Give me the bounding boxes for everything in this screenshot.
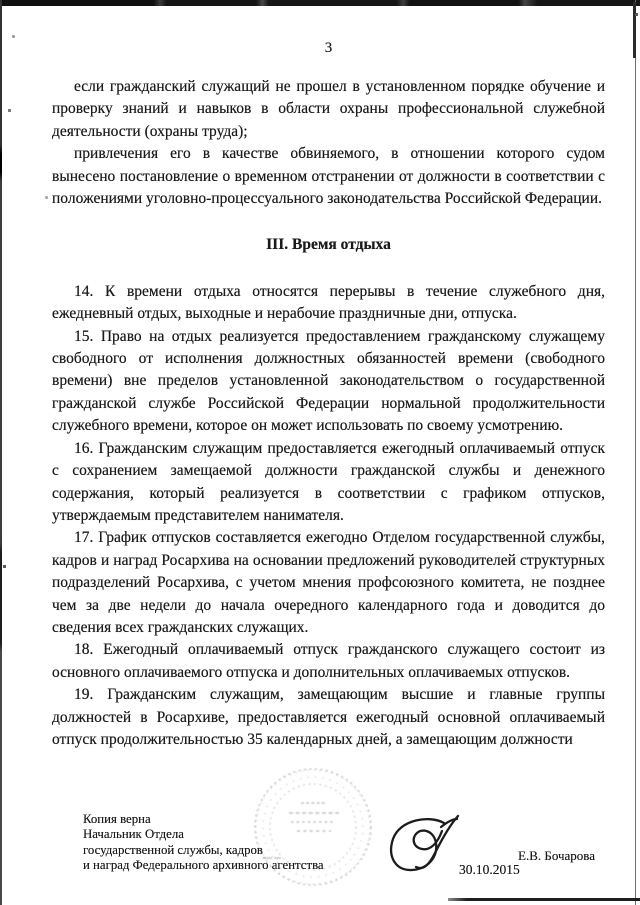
signature-graphic — [386, 812, 462, 876]
paragraph: 18. Ежегодный оплачиваемый отпуск гражда… — [52, 639, 605, 684]
scan-artifact-bottom-line — [448, 898, 640, 901]
copy-note: Копия верна — [83, 812, 324, 827]
paragraph: 15. Право на отдых реализуется предостав… — [52, 326, 605, 438]
signer-position-line: Начальник Отдела — [83, 827, 324, 842]
signature-date: 30.10.2015 — [459, 862, 520, 878]
document-body: если гражданский служащий не прошел в ус… — [52, 76, 605, 751]
paragraph: 17. График отпусков составляется ежегодн… — [52, 527, 605, 639]
handwritten-signature — [386, 812, 462, 876]
paragraph: 19. Гражданским служащим, замещающим выс… — [52, 684, 605, 751]
paragraph: привлечения его в качестве обвиняемого, … — [52, 143, 605, 210]
scan-artifact-right-edge-top — [633, 2, 636, 58]
scan-artifact-specks — [0, 0, 1, 1]
paragraph: 16. Гражданским служащим предоставляется… — [52, 438, 605, 528]
paragraph: если гражданский служащий не прошел в ус… — [52, 76, 605, 143]
paragraph: 14. К времени отдыха относятся перерывы … — [52, 281, 605, 326]
scanned-document-page: { "document": { "page_number": "3", "int… — [0, 0, 640, 905]
section-heading: III. Время отдыха — [52, 234, 605, 256]
scan-artifact-top-bar — [0, 0, 640, 6]
signer-position-line: государственной службы, кадров — [83, 843, 324, 858]
scan-artifact-right-edge — [635, 0, 636, 905]
scan-artifact-left-edge — [0, 0, 2, 905]
page-number: 3 — [52, 40, 605, 57]
certification-block: Копия верна Начальник Отдела государстве… — [83, 812, 324, 874]
signer-name: Е.В. Бочарова — [518, 848, 595, 864]
signer-position-line: и наград Федерального архивного агентств… — [83, 858, 324, 873]
